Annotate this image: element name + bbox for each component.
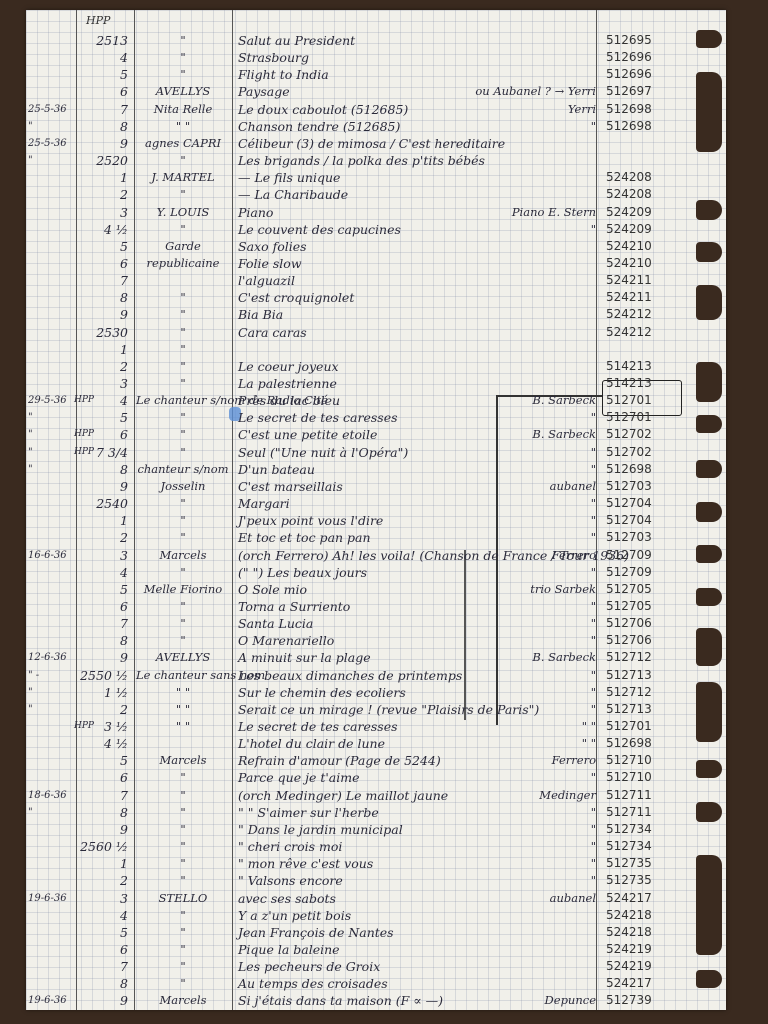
row-num: 6 bbox=[78, 255, 128, 272]
row-date: " bbox=[28, 152, 74, 169]
row-artist: " bbox=[136, 358, 230, 375]
row-matrix: 524219 bbox=[606, 941, 676, 958]
row-note: Ferrero bbox=[466, 547, 596, 564]
row-num: 3 bbox=[78, 375, 128, 392]
row-note: Yerri bbox=[466, 101, 596, 118]
row-artist: " bbox=[136, 529, 230, 546]
row-artist: Le chanteur sans nom bbox=[136, 667, 230, 684]
row-artist: " bbox=[136, 444, 230, 461]
row-num: 9 bbox=[78, 992, 128, 1009]
row-artist: " bbox=[136, 821, 230, 838]
ledger-row: 9JosselinC'est marseillaisaubanel512703 bbox=[26, 478, 726, 495]
row-title: Célibeur (3) de mimosa / C'est hereditai… bbox=[238, 135, 528, 152]
binder-holes bbox=[696, 10, 726, 1010]
ledger-row: 6AVELLYSPaysageou Aubanel ? → Yerri51269… bbox=[26, 83, 726, 100]
row-num: 8 bbox=[78, 118, 128, 135]
ledger-row: 7"Les pecheurs de Groix524219 bbox=[26, 958, 726, 975]
row-artist: " bbox=[136, 787, 230, 804]
row-matrix: 514213 bbox=[606, 358, 676, 375]
ledger-row: 9"Bia Bia524212 bbox=[26, 306, 726, 323]
ledger-row: 6"Parce que je t'aime"512710 bbox=[26, 769, 726, 786]
row-title: Y a z'un petit bois bbox=[238, 907, 528, 924]
row-note: aubanel bbox=[466, 890, 596, 907]
ledger-row: 4"Strasbourg512696 bbox=[26, 49, 726, 66]
row-num: 4 ½ bbox=[78, 221, 128, 238]
row-note: " bbox=[466, 684, 596, 701]
ledger-row: 25-5-367Nita RelleLe doux caboulot (5126… bbox=[26, 101, 726, 118]
row-matrix: 512705 bbox=[606, 598, 676, 615]
row-matrix: 524208 bbox=[606, 186, 676, 203]
row-artist: " bbox=[136, 66, 230, 83]
binder-hole bbox=[696, 545, 722, 563]
ledger-row: 4"(" ") Les beaux jours"512709 bbox=[26, 564, 726, 581]
row-title: Salut au President bbox=[238, 32, 528, 49]
row-matrix: 524210 bbox=[606, 255, 676, 272]
row-num: 7 bbox=[78, 958, 128, 975]
row-note: " bbox=[466, 564, 596, 581]
binder-hole bbox=[696, 970, 722, 988]
row-note: " " bbox=[466, 718, 596, 735]
ledger-row: "2520"Les brigands / la polka des p'tits… bbox=[26, 152, 726, 169]
row-num: 2550 ½ bbox=[78, 667, 128, 684]
row-matrix: 524217 bbox=[606, 890, 676, 907]
row-artist: AVELLYS bbox=[136, 649, 230, 666]
row-note: " bbox=[466, 598, 596, 615]
row-artist: " bbox=[136, 289, 230, 306]
row-num: 5 bbox=[78, 409, 128, 426]
row-date: 12-6-36 bbox=[28, 649, 74, 666]
row-matrix: 512697 bbox=[606, 83, 676, 100]
row-date: " bbox=[28, 804, 74, 821]
row-matrix: 524218 bbox=[606, 907, 676, 924]
row-artist: " bbox=[136, 804, 230, 821]
row-date: " bbox=[28, 409, 74, 426]
binder-hole bbox=[696, 628, 722, 666]
row-matrix: 524211 bbox=[606, 289, 676, 306]
ledger-row: "8" "Chanson tendre (512685)"512698 bbox=[26, 118, 726, 135]
ledger-row: "8"" " S'aimer sur l'herbe"512711 bbox=[26, 804, 726, 821]
row-title: — Le fils unique bbox=[238, 169, 528, 186]
row-title: Saxo folies bbox=[238, 238, 528, 255]
ledger-row: 5Melle FiorinoO Sole miotrio Sarbek51270… bbox=[26, 581, 726, 598]
row-artist: " bbox=[136, 512, 230, 529]
row-title: Les pecheurs de Groix bbox=[238, 958, 528, 975]
row-date: 29-5-36 bbox=[28, 392, 74, 409]
ledger-row: 7"Santa Lucia"512706 bbox=[26, 615, 726, 632]
row-matrix: 512712 bbox=[606, 684, 676, 701]
row-num: 9 bbox=[78, 306, 128, 323]
row-artist: Marcels bbox=[136, 547, 230, 564]
row-num: 2 bbox=[78, 529, 128, 546]
row-matrix: 512701 bbox=[606, 392, 676, 409]
row-note: B. Sarbeck bbox=[466, 649, 596, 666]
row-artist: " bbox=[136, 152, 230, 169]
ledger-row: 4 ½L'hotel du clair de lune" "512698 bbox=[26, 735, 726, 752]
row-note: " bbox=[466, 632, 596, 649]
row-artist: J. MARTEL bbox=[136, 169, 230, 186]
row-num: 5 bbox=[78, 66, 128, 83]
ledger-row: 1"" mon rêve c'est vous"512735 bbox=[26, 855, 726, 872]
row-note: Depunce bbox=[466, 992, 596, 1009]
row-num: 3 ½ bbox=[78, 718, 128, 735]
row-num: 3 bbox=[78, 547, 128, 564]
row-artist: " bbox=[136, 615, 230, 632]
row-artist: " bbox=[136, 186, 230, 203]
ledger-row: 1"J'peux point vous l'dire"512704 bbox=[26, 512, 726, 529]
row-num: 1 bbox=[78, 169, 128, 186]
row-matrix: 512735 bbox=[606, 855, 676, 872]
row-note: " bbox=[466, 615, 596, 632]
binder-hole bbox=[696, 502, 722, 522]
row-date: " bbox=[28, 426, 74, 443]
row-num: 5 bbox=[78, 752, 128, 769]
row-artist: " bbox=[136, 426, 230, 443]
row-artist: " bbox=[136, 375, 230, 392]
row-matrix: 524209 bbox=[606, 221, 676, 238]
ledger-row: "HPP7 3/4"Seul ("Une nuit à l'Opéra")"51… bbox=[26, 444, 726, 461]
row-num: 1 bbox=[78, 512, 128, 529]
binder-hole bbox=[696, 460, 722, 478]
binder-hole bbox=[696, 588, 722, 606]
ledger-row: 5"Flight to India512696 bbox=[26, 66, 726, 83]
ledger-row: "1 ½" "Sur le chemin des ecoliers"512712 bbox=[26, 684, 726, 701]
row-artist: " bbox=[136, 769, 230, 786]
ledger-row: 16-6-363Marcels(orch Ferrero) Ah! les vo… bbox=[26, 547, 726, 564]
row-artist: " bbox=[136, 324, 230, 341]
row-date: " bbox=[28, 444, 74, 461]
ledger-row: 5"Jean François de Nantes524218 bbox=[26, 924, 726, 941]
row-num: 9 bbox=[78, 135, 128, 152]
row-artist: " bbox=[136, 341, 230, 358]
binder-hole bbox=[696, 285, 722, 320]
row-artist: " bbox=[136, 598, 230, 615]
row-num: 2520 bbox=[78, 152, 128, 169]
row-matrix: 512703 bbox=[606, 478, 676, 495]
ledger-row: "8chanteur s/nomD'un bateau"512698 bbox=[26, 461, 726, 478]
row-matrix: 512706 bbox=[606, 632, 676, 649]
row-artist: " " bbox=[136, 684, 230, 701]
row-artist: " " bbox=[136, 718, 230, 735]
row-artist: " bbox=[136, 221, 230, 238]
ledger-row: 2530"Cara caras524212 bbox=[26, 324, 726, 341]
row-artist: " " bbox=[136, 118, 230, 135]
row-note: B. Sarbeck bbox=[466, 426, 596, 443]
ledger-row: 29-5-36HPP4Le chanteur s/nom de Radio Ci… bbox=[26, 392, 726, 409]
row-artist: " bbox=[136, 872, 230, 889]
ledger-row: 7l'alguazil524211 bbox=[26, 272, 726, 289]
binder-hole bbox=[696, 362, 722, 402]
row-title: Au temps des croisades bbox=[238, 975, 528, 992]
row-matrix: 512698 bbox=[606, 118, 676, 135]
row-num: 7 bbox=[78, 615, 128, 632]
row-matrix: 512713 bbox=[606, 701, 676, 718]
row-num: 1 bbox=[78, 855, 128, 872]
row-num: 3 bbox=[78, 204, 128, 221]
row-artist: " bbox=[136, 49, 230, 66]
row-title: — La Charibaude bbox=[238, 186, 528, 203]
row-num: 2 bbox=[78, 358, 128, 375]
row-num: 2513 bbox=[78, 32, 128, 49]
ledger-row: 8"Au temps des croisades524217 bbox=[26, 975, 726, 992]
row-num: 8 bbox=[78, 632, 128, 649]
row-note: " bbox=[466, 512, 596, 529]
ledger-row: 6republicaineFolie slow524210 bbox=[26, 255, 726, 272]
ledger-row: "HPP6"C'est une petite etoileB. Sarbeck5… bbox=[26, 426, 726, 443]
ledger-row: 6"Pique la baleine524219 bbox=[26, 941, 726, 958]
ledger-row: 1" bbox=[26, 341, 726, 358]
row-note: " bbox=[466, 461, 596, 478]
row-date: " bbox=[28, 461, 74, 478]
row-num: 6 bbox=[78, 426, 128, 443]
row-matrix: 512710 bbox=[606, 752, 676, 769]
row-matrix: 524212 bbox=[606, 324, 676, 341]
row-artist: republicaine bbox=[136, 255, 230, 272]
row-artist: " bbox=[136, 941, 230, 958]
row-note: " bbox=[466, 667, 596, 684]
row-matrix: 512709 bbox=[606, 547, 676, 564]
row-date: 19-6-36 bbox=[28, 890, 74, 907]
row-num: 4 bbox=[78, 907, 128, 924]
row-matrix: 512698 bbox=[606, 735, 676, 752]
row-note: " bbox=[466, 529, 596, 546]
ledger-row: 2"" Valsons encore"512735 bbox=[26, 872, 726, 889]
row-num: 4 bbox=[78, 564, 128, 581]
ledger-row: 12-6-369AVELLYSA minuit sur la plageB. S… bbox=[26, 649, 726, 666]
row-title: l'alguazil bbox=[238, 272, 528, 289]
row-title: Jean François de Nantes bbox=[238, 924, 528, 941]
row-matrix: 512705 bbox=[606, 581, 676, 598]
row-date: " bbox=[28, 684, 74, 701]
row-title: Bia Bia bbox=[238, 306, 528, 323]
ledger-row: "5"Le secret de tes caresses"512701 bbox=[26, 409, 726, 426]
ledger-row: 5GardeSaxo folies524210 bbox=[26, 238, 726, 255]
row-note: " bbox=[466, 855, 596, 872]
row-artist: " bbox=[136, 409, 230, 426]
row-note: ou Aubanel ? → Yerri bbox=[466, 83, 596, 100]
row-artist: " bbox=[136, 907, 230, 924]
row-note: B. Sarbeck bbox=[466, 392, 596, 409]
row-title: Les brigands / la polka des p'tits bébés bbox=[238, 152, 528, 169]
row-artist: Marcels bbox=[136, 752, 230, 769]
row-artist: Garde bbox=[136, 238, 230, 255]
row-num: 1 bbox=[78, 341, 128, 358]
row-num: 4 bbox=[78, 49, 128, 66]
row-title: Le coeur joyeux bbox=[238, 358, 528, 375]
ledger-row: 8"O Marenariello"512706 bbox=[26, 632, 726, 649]
row-artist: Josselin bbox=[136, 478, 230, 495]
row-matrix: 524211 bbox=[606, 272, 676, 289]
row-matrix: 512701 bbox=[606, 409, 676, 426]
row-date: 25-5-36 bbox=[28, 135, 74, 152]
row-matrix: 524219 bbox=[606, 958, 676, 975]
ledger-page: HPP 2513"Salut au President5126954"Stras… bbox=[26, 10, 726, 1010]
row-matrix: 512696 bbox=[606, 66, 676, 83]
row-title: Flight to India bbox=[238, 66, 528, 83]
row-matrix: 512712 bbox=[606, 649, 676, 666]
binder-hole bbox=[696, 200, 722, 220]
row-note: Piano E. Stern bbox=[466, 204, 596, 221]
row-matrix: 512696 bbox=[606, 49, 676, 66]
row-num: 7 bbox=[78, 272, 128, 289]
row-matrix: 524208 bbox=[606, 169, 676, 186]
ledger-row: 9"" Dans le jardin municipal"512734 bbox=[26, 821, 726, 838]
row-num: 7 bbox=[78, 787, 128, 804]
row-num: 9 bbox=[78, 649, 128, 666]
ledger-row: 4"Y a z'un petit bois524218 bbox=[26, 907, 726, 924]
row-num: 9 bbox=[78, 478, 128, 495]
row-num: 2 bbox=[78, 186, 128, 203]
row-artist: " bbox=[136, 564, 230, 581]
row-note: trio Sarbek bbox=[466, 581, 596, 598]
row-num: 8 bbox=[78, 461, 128, 478]
row-num: 2540 bbox=[78, 495, 128, 512]
ledger-row: 2"— La Charibaude524208 bbox=[26, 186, 726, 203]
row-matrix: 512735 bbox=[606, 872, 676, 889]
row-num: 8 bbox=[78, 975, 128, 992]
row-note: " bbox=[466, 444, 596, 461]
row-note: " bbox=[466, 409, 596, 426]
ledger-row: 6"Torna a Surriento"512705 bbox=[26, 598, 726, 615]
binder-hole bbox=[696, 415, 722, 433]
row-num: 6 bbox=[78, 598, 128, 615]
row-note: " bbox=[466, 118, 596, 135]
row-note: aubanel bbox=[466, 478, 596, 495]
row-artist: " bbox=[136, 32, 230, 49]
row-num: 5 bbox=[78, 924, 128, 941]
row-matrix: 512702 bbox=[606, 426, 676, 443]
row-note: " bbox=[466, 838, 596, 855]
row-artist: agnes CAPRI bbox=[136, 135, 230, 152]
row-artist: " bbox=[136, 306, 230, 323]
row-title: C'est croquignolet bbox=[238, 289, 528, 306]
row-note: " bbox=[466, 872, 596, 889]
row-matrix: 512739 bbox=[606, 992, 676, 1009]
row-num: 4 ½ bbox=[78, 735, 128, 752]
row-matrix: 512704 bbox=[606, 512, 676, 529]
ledger-row: 4 ½"Le couvent des capucines"524209 bbox=[26, 221, 726, 238]
ledger-row: 2"Et toc et toc pan pan"512703 bbox=[26, 529, 726, 546]
row-matrix: 524210 bbox=[606, 238, 676, 255]
row-matrix: 512709 bbox=[606, 564, 676, 581]
row-title: Cara caras bbox=[238, 324, 528, 341]
row-artist: STELLO bbox=[136, 890, 230, 907]
row-artist: Y. LOUIS bbox=[136, 204, 230, 221]
row-title: La palestrienne bbox=[238, 375, 528, 392]
binder-hole bbox=[696, 682, 722, 742]
row-matrix: 512702 bbox=[606, 444, 676, 461]
row-num: 4 bbox=[78, 392, 128, 409]
row-num: 2 bbox=[78, 701, 128, 718]
row-artist: chanteur s/nom bbox=[136, 461, 230, 478]
row-matrix: 512706 bbox=[606, 615, 676, 632]
row-num: 2 bbox=[78, 872, 128, 889]
row-date: 25-5-36 bbox=[28, 101, 74, 118]
ledger-row: 5MarcelsRefrain d'amour (Page de 5244)Fe… bbox=[26, 752, 726, 769]
row-num: 8 bbox=[78, 804, 128, 821]
row-title: Folie slow bbox=[238, 255, 528, 272]
row-num: 8 bbox=[78, 289, 128, 306]
row-artist: AVELLYS bbox=[136, 83, 230, 100]
row-num: 7 3/4 bbox=[78, 444, 128, 461]
binder-hole bbox=[696, 760, 722, 778]
row-num: 6 bbox=[78, 83, 128, 100]
row-matrix: 524209 bbox=[606, 204, 676, 221]
ledger-row: 1J. MARTEL— Le fils unique524208 bbox=[26, 169, 726, 186]
row-note: " bbox=[466, 769, 596, 786]
row-date: " bbox=[28, 118, 74, 135]
binder-hole bbox=[696, 855, 722, 955]
row-matrix: 524217 bbox=[606, 975, 676, 992]
row-note: " bbox=[466, 821, 596, 838]
binder-hole bbox=[696, 30, 722, 48]
ledger-row: 2"Le coeur joyeux514213 bbox=[26, 358, 726, 375]
row-artist: Nita Relle bbox=[136, 101, 230, 118]
row-matrix: 512710 bbox=[606, 769, 676, 786]
row-date: " bbox=[28, 701, 74, 718]
ledger-row: 25-5-369agnes CAPRICélibeur (3) de mimos… bbox=[26, 135, 726, 152]
row-artist: " bbox=[136, 855, 230, 872]
ledger-row: 2540"Margari"512704 bbox=[26, 495, 726, 512]
binder-hole bbox=[696, 72, 722, 152]
row-num: 5 bbox=[78, 238, 128, 255]
row-num: 6 bbox=[78, 769, 128, 786]
row-note: " bbox=[466, 701, 596, 718]
row-matrix: 512713 bbox=[606, 667, 676, 684]
row-note: " " bbox=[466, 735, 596, 752]
binder-hole bbox=[696, 242, 722, 262]
row-matrix: 514213 bbox=[606, 375, 676, 392]
row-artist: " " bbox=[136, 701, 230, 718]
row-artist: Le chanteur s/nom de Radio Cité bbox=[136, 392, 230, 409]
row-note: Ferrero bbox=[466, 752, 596, 769]
row-matrix: 524218 bbox=[606, 924, 676, 941]
row-artist: " bbox=[136, 924, 230, 941]
row-artist: Marcels bbox=[136, 992, 230, 1009]
row-num: 1 ½ bbox=[78, 684, 128, 701]
row-num: 9 bbox=[78, 821, 128, 838]
ledger-row: 2513"Salut au President512695 bbox=[26, 32, 726, 49]
row-matrix: 512711 bbox=[606, 787, 676, 804]
row-title: Strasbourg bbox=[238, 49, 528, 66]
ledger-row: 8"C'est croquignolet524211 bbox=[26, 289, 726, 306]
ledger-row: 18-6-367"(orch Medinger) Le maillot jaun… bbox=[26, 787, 726, 804]
row-artist: Melle Fiorino bbox=[136, 581, 230, 598]
row-artist: " bbox=[136, 975, 230, 992]
ledger-row: 3"La palestrienne514213 bbox=[26, 375, 726, 392]
row-artist: " bbox=[136, 958, 230, 975]
row-note: " bbox=[466, 221, 596, 238]
row-matrix: 512711 bbox=[606, 804, 676, 821]
row-artist: " bbox=[136, 632, 230, 649]
row-note: Medinger bbox=[466, 787, 596, 804]
row-matrix: 512698 bbox=[606, 101, 676, 118]
ledger-row: 2560 ½"" cheri crois moi"512734 bbox=[26, 838, 726, 855]
row-num: 2530 bbox=[78, 324, 128, 341]
row-matrix: 512703 bbox=[606, 529, 676, 546]
row-matrix: 512704 bbox=[606, 495, 676, 512]
row-matrix: 512734 bbox=[606, 821, 676, 838]
column-header: HPP bbox=[86, 14, 110, 27]
binder-hole bbox=[696, 802, 722, 822]
row-date: " - bbox=[28, 667, 74, 684]
ledger-row: 3Y. LOUISPianoPiano E. Stern524209 bbox=[26, 204, 726, 221]
row-num: 2560 ½ bbox=[78, 838, 128, 855]
row-date: 16-6-36 bbox=[28, 547, 74, 564]
row-date: 19-6-36 bbox=[28, 992, 74, 1009]
row-matrix: 512734 bbox=[606, 838, 676, 855]
row-matrix: 512698 bbox=[606, 461, 676, 478]
row-matrix: 524212 bbox=[606, 306, 676, 323]
